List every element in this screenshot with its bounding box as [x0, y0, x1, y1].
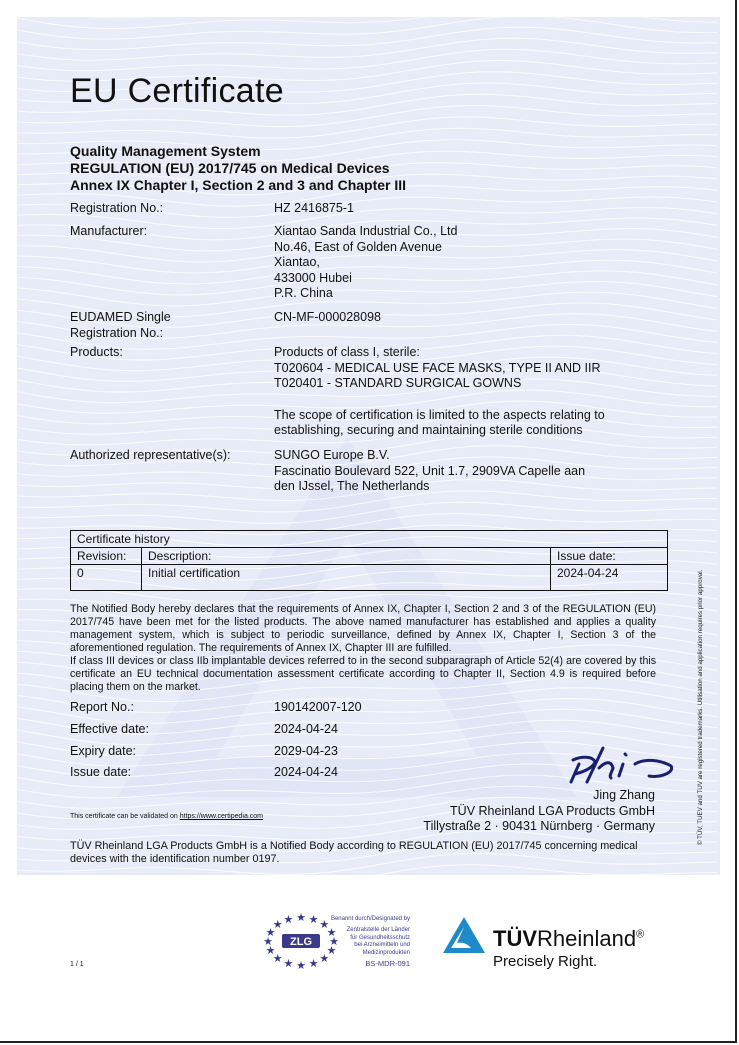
eudamed-label-line: Registration No.:	[70, 326, 171, 342]
svg-text:★: ★	[309, 914, 319, 926]
zlg-line: für Gesundheitsschutz	[322, 935, 410, 943]
zlg-line: Medizinprodukten	[322, 950, 410, 958]
effective-date-label: Effective date:	[70, 722, 149, 738]
zlg-code: BS-MDR-091	[322, 960, 410, 968]
report-no-value: 190142007-120	[274, 700, 362, 716]
registration-label: Registration No.:	[70, 201, 163, 217]
certipedia-link[interactable]: https://www.certipedia.com	[180, 813, 263, 820]
cell-issue-date: 2024-04-24	[551, 565, 668, 591]
manufacturer-line: 433000 Hubei	[274, 271, 457, 287]
scope-line: establishing, securing and maintaining s…	[274, 423, 605, 439]
declaration-text: The Notified Body hereby declares that t…	[70, 603, 656, 694]
report-no-label: Report No.:	[70, 700, 134, 716]
subtitle-line: Annex IX Chapter I, Section 2 and 3 and …	[70, 177, 406, 194]
validation-text: This certificate can be validated on	[70, 813, 178, 820]
tuv-brand-name: TÜVRheinland®	[493, 926, 644, 952]
header-issue-date: Issue date:	[551, 548, 668, 565]
declaration-paragraph: If class III devices or class IIb implan…	[70, 655, 656, 694]
cell-revision: 0	[71, 565, 142, 591]
tuv-tagline: Precisely Right.	[493, 953, 597, 970]
manufacturer-label: Manufacturer:	[70, 224, 147, 240]
zlg-line: Zentralstelle der Länder	[322, 927, 410, 935]
certificate-history-table: Certificate history Revision: Descriptio…	[70, 530, 668, 591]
eudamed-value: CN-MF-000028098	[274, 310, 381, 326]
issue-date-value: 2024-04-24	[274, 765, 338, 781]
effective-date-value: 2024-04-24	[274, 722, 338, 738]
signer-company: TÜV Rheinland LGA Products GmbH	[423, 804, 655, 820]
product-line: Products of class I, sterile:	[274, 345, 605, 361]
rep-line: Fascinatio Boulevard 522, Unit 1.7, 2909…	[274, 464, 585, 480]
authorized-rep-label: Authorized representative(s):	[70, 448, 231, 464]
svg-text:ZLG: ZLG	[290, 936, 312, 948]
authorized-rep-value: SUNGO Europe B.V. Fascinatio Boulevard 5…	[274, 448, 585, 495]
certificate-subtitle: Quality Management System REGULATION (EU…	[70, 143, 406, 194]
cell-description: Initial certification	[142, 565, 551, 591]
history-header-row: Revision: Description: Issue date:	[71, 548, 668, 565]
tuv-brand-regular: Rheinland	[537, 926, 636, 951]
history-caption: Certificate history	[71, 531, 668, 548]
svg-text:★: ★	[283, 958, 293, 969]
expiry-date-value: 2029-04-23	[274, 744, 338, 760]
signature-image	[565, 738, 685, 788]
validation-note: This certificate can be validated on htt…	[70, 813, 263, 820]
notified-body-statement: TÜV Rheinland LGA Products GmbH is a Not…	[70, 840, 660, 866]
header-description: Description:	[142, 548, 551, 565]
certificate-title: EU Certificate	[70, 72, 284, 111]
svg-text:★: ★	[296, 960, 306, 969]
expiry-date-label: Expiry date:	[70, 744, 136, 760]
header-revision: Revision:	[71, 548, 142, 565]
svg-text:★: ★	[273, 919, 283, 931]
manufacturer-line: Xiantao,	[274, 255, 457, 271]
issue-date-label: Issue date:	[70, 765, 131, 781]
eudamed-label-line: EUDAMED Single	[70, 310, 171, 326]
signer-name: Jing Zhang	[423, 788, 655, 804]
signer-address: Tillystraße 2 · 90431 Nürnberg · Germany	[423, 819, 655, 835]
trademark-note: © TÜV, TUEV and TUV are registered trade…	[697, 570, 704, 845]
svg-text:★: ★	[296, 913, 306, 924]
scope-line: The scope of certification is limited to…	[274, 408, 605, 424]
tuv-brand-bold: TÜV	[493, 926, 537, 951]
signer-block: Jing Zhang TÜV Rheinland LGA Products Gm…	[423, 788, 655, 835]
page-number: 1 / 1	[70, 961, 84, 968]
declaration-paragraph: The Notified Body hereby declares that t…	[70, 603, 656, 655]
registered-mark: ®	[636, 929, 644, 941]
subtitle-line: Quality Management System	[70, 143, 406, 160]
manufacturer-line: P.R. China	[274, 286, 457, 302]
svg-text:★: ★	[283, 914, 293, 926]
zlg-designated-by: Benannt durch/Designated by	[322, 916, 410, 924]
manufacturer-value: Xiantao Sanda Industrial Co., Ltd No.46,…	[274, 224, 457, 302]
rep-line: den IJssel, The Netherlands	[274, 479, 585, 495]
manufacturer-line: No.46, East of Golden Avenue	[274, 240, 457, 256]
product-line: T020401 - STANDARD SURGICAL GOWNS	[274, 376, 605, 392]
registration-value: HZ 2416875-1	[274, 201, 354, 217]
products-value: Products of class I, sterile: T020604 - …	[274, 345, 605, 439]
product-line: T020604 - MEDICAL USE FACE MASKS, TYPE I…	[274, 361, 605, 377]
eudamed-label: EUDAMED Single Registration No.:	[70, 310, 171, 341]
subtitle-line: REGULATION (EU) 2017/745 on Medical Devi…	[70, 160, 406, 177]
zlg-line: bei Arzneimitteln und	[322, 942, 410, 950]
products-label: Products:	[70, 345, 123, 361]
rep-line: SUNGO Europe B.V.	[274, 448, 585, 464]
table-row: 0 Initial certification 2024-04-24	[71, 565, 668, 591]
manufacturer-line: Xiantao Sanda Industrial Co., Ltd	[274, 224, 457, 240]
svg-text:★: ★	[309, 958, 319, 969]
tuv-triangle-logo-icon	[441, 915, 487, 955]
zlg-designation: Benannt durch/Designated by Zentralstell…	[322, 916, 410, 968]
